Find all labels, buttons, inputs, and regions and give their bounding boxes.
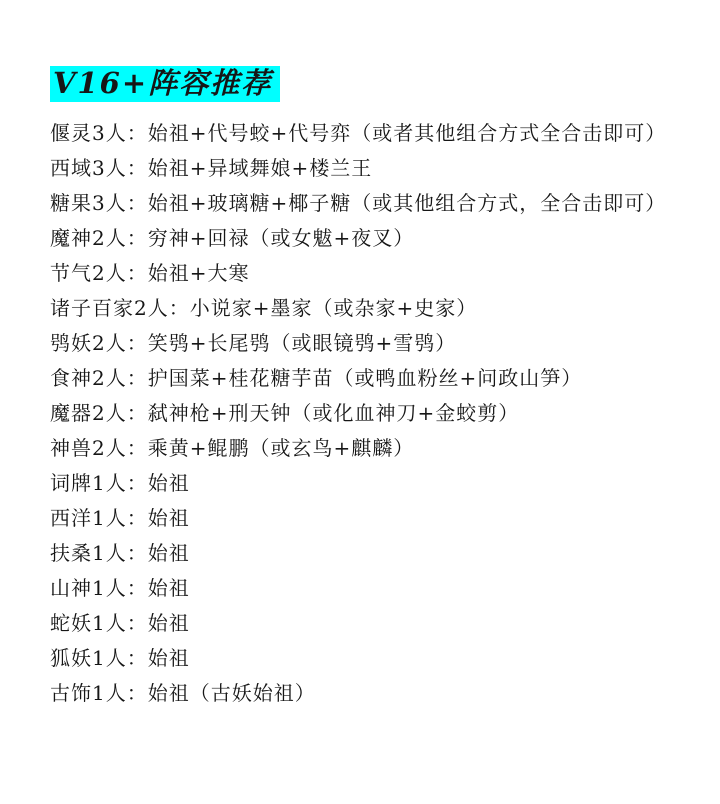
list-item: 鸮妖2人：笑鸮+长尾鸮（或眼镜鸮+雪鸮）	[50, 326, 690, 361]
list-item: 西域3人：始祖+异域舞娘+楼兰王	[50, 151, 690, 186]
list-item: 山神1人：始祖	[50, 571, 690, 606]
list-item: 食神2人：护国菜+桂花糖芋苗（或鸭血粉丝+问政山笋）	[50, 361, 690, 396]
list-item: 狐妖1人：始祖	[50, 641, 690, 676]
list-item: 诸子百家2人：小说家+墨家（或杂家+史家）	[50, 291, 690, 326]
list-item: 节气2人：始祖+大寒	[50, 256, 690, 291]
roster-list: 偃灵3人：始祖+代号蛟+代号弈（或者其他组合方式全合击即可） 西域3人：始祖+异…	[50, 116, 690, 711]
list-item: 糖果3人：始祖+玻璃糖+椰子糖（或其他组合方式，全合击即可）	[50, 186, 690, 221]
list-item: 扶桑1人：始祖	[50, 536, 690, 571]
list-item: 偃灵3人：始祖+代号蛟+代号弈（或者其他组合方式全合击即可）	[50, 116, 690, 151]
list-item: 魔器2人：弑神枪+刑天钟（或化血神刀+金蛟剪）	[50, 396, 690, 431]
document-page: V16+阵容推荐 偃灵3人：始祖+代号蛟+代号弈（或者其他组合方式全合击即可） …	[0, 0, 720, 804]
list-item: 神兽2人：乘黄+鲲鹏（或玄鸟+麒麟）	[50, 431, 690, 466]
list-item: 蛇妖1人：始祖	[50, 606, 690, 641]
list-item: 古饰1人：始祖（古妖始祖）	[50, 676, 690, 711]
list-item: 魔神2人：穷神+回禄（或女魃+夜叉）	[50, 221, 690, 256]
page-title: V16+阵容推荐	[50, 66, 280, 102]
title-row: V16+阵容推荐	[50, 66, 690, 102]
list-item: 词牌1人：始祖	[50, 466, 690, 501]
list-item: 西洋1人：始祖	[50, 501, 690, 536]
